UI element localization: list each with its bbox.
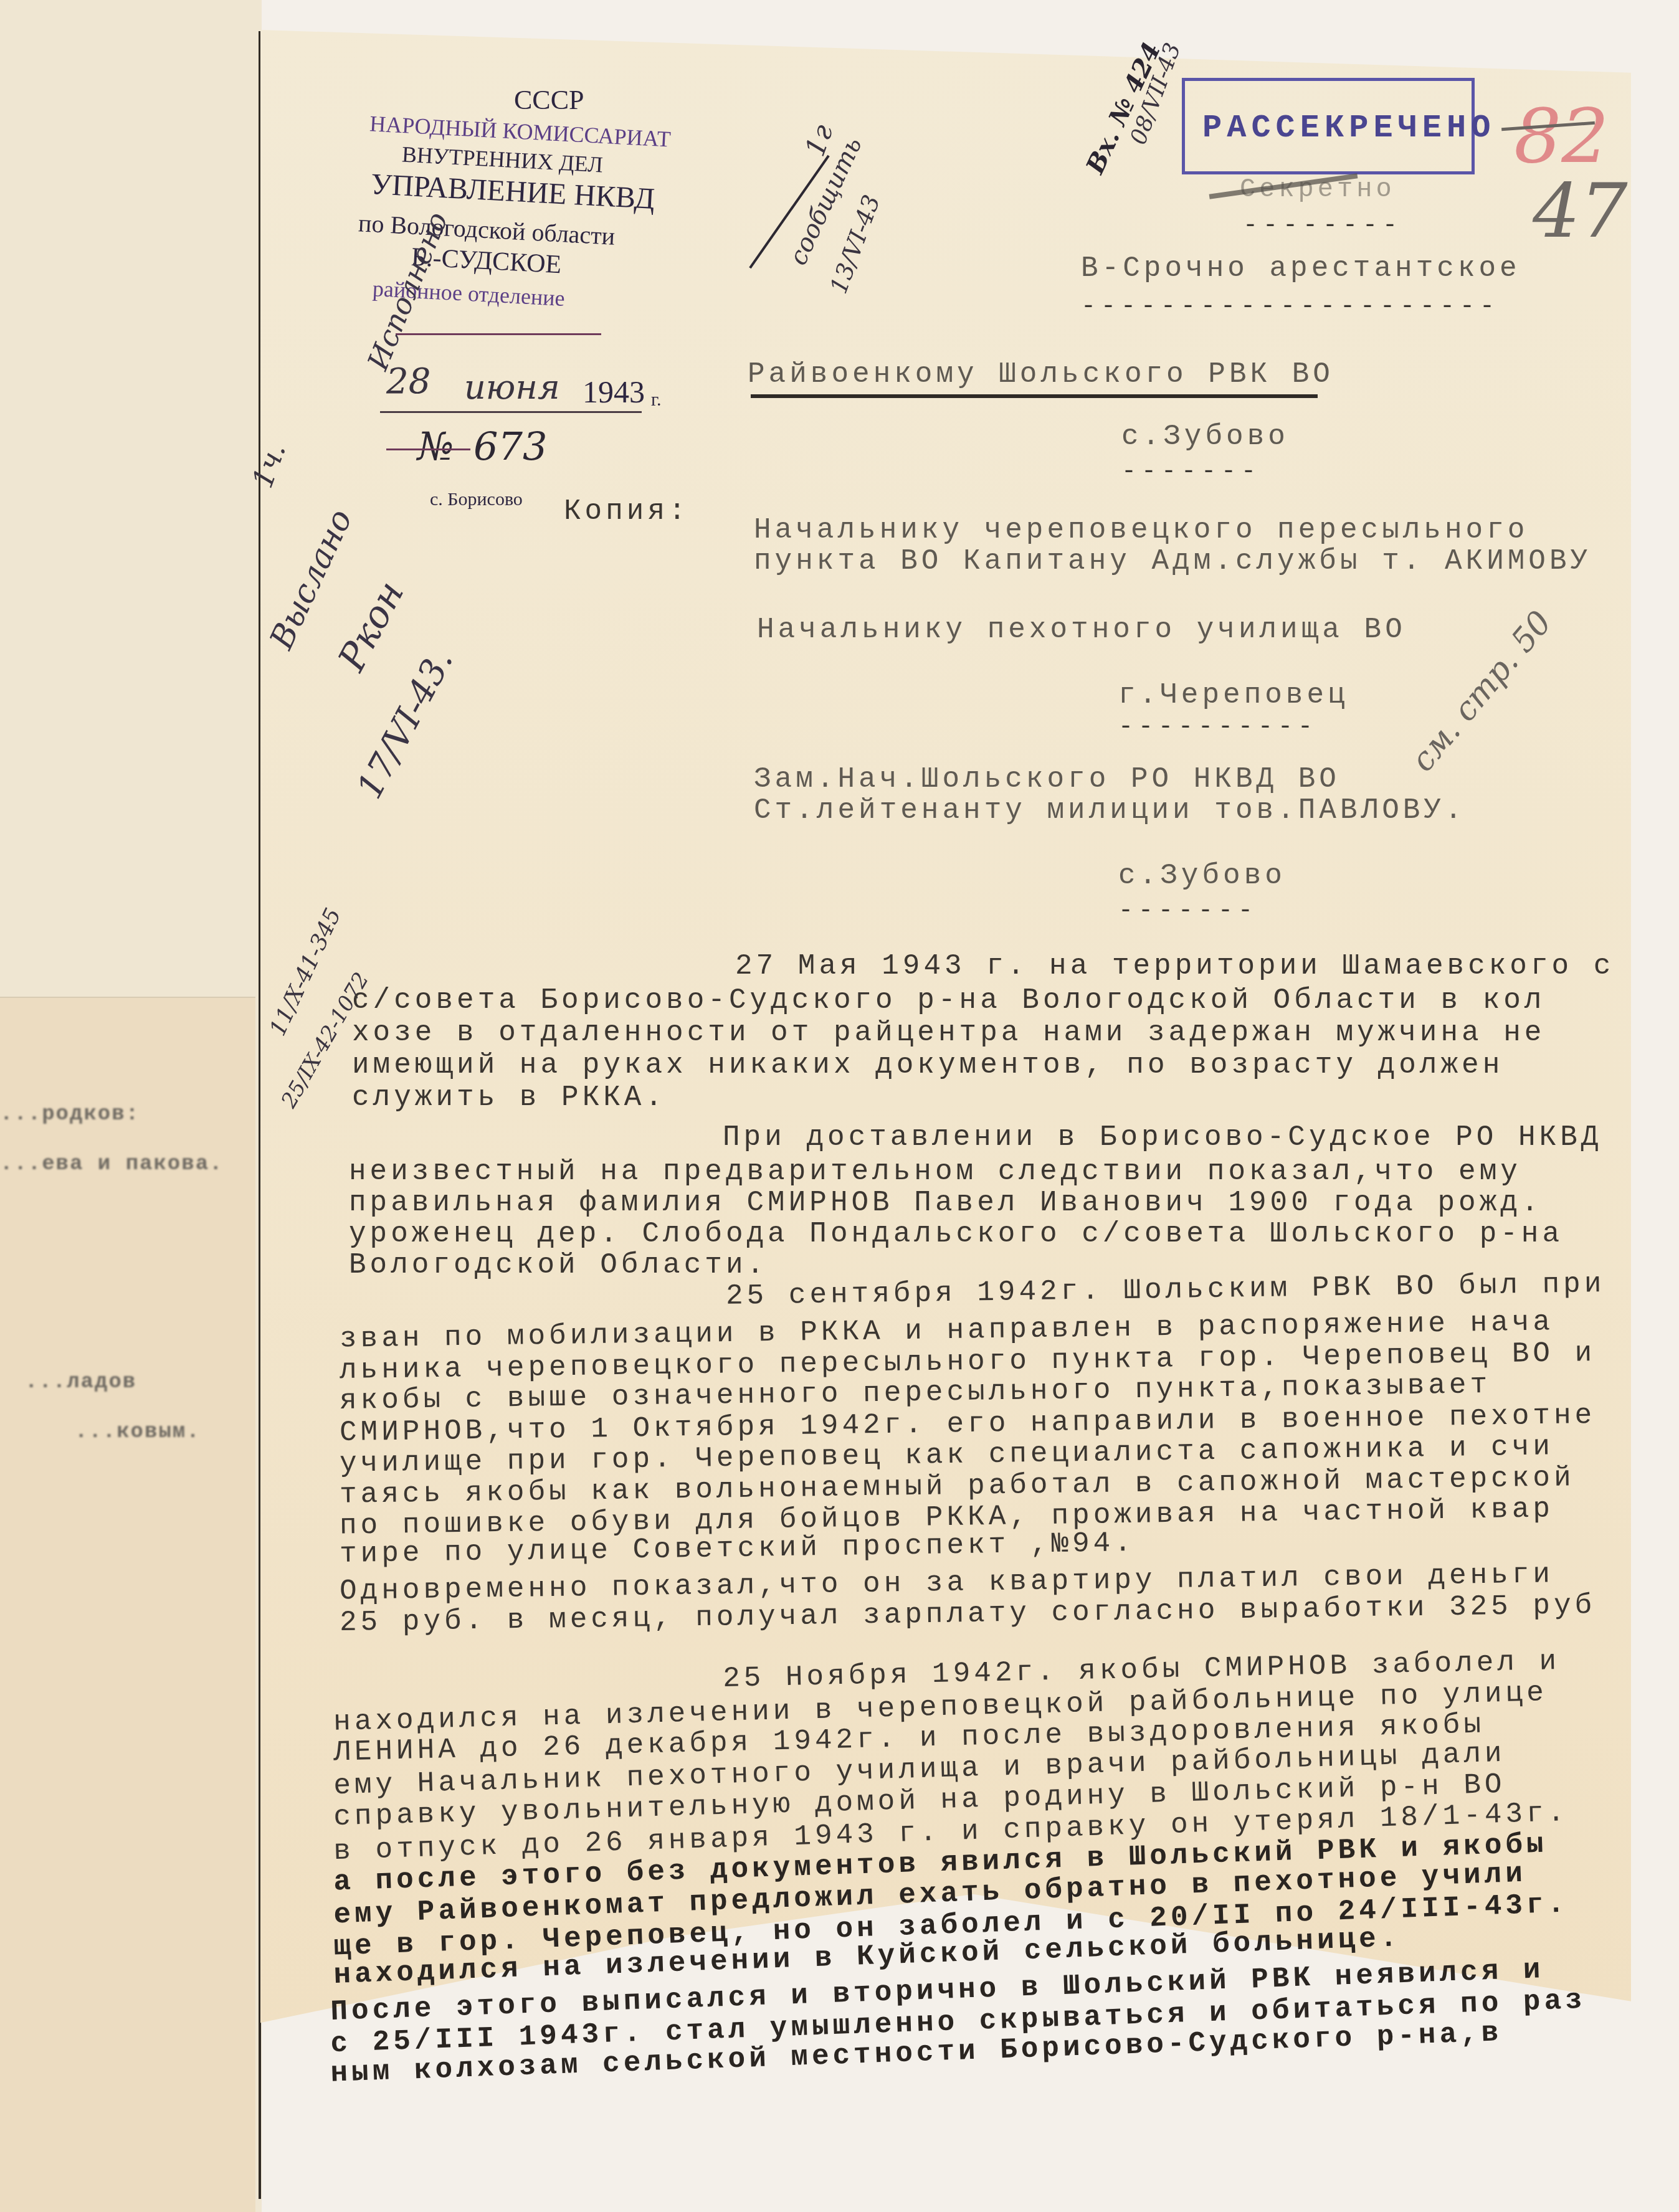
- body-line: При доставлении в Борисово-Судское РО НК…: [723, 1121, 1602, 1154]
- addressee-place: с.Зубово: [1118, 860, 1286, 892]
- body-line: уроженец дер. Слобода Пондальского с/сов…: [349, 1218, 1563, 1250]
- body-line: с/совета Борисово-Судского р-на Вологодс…: [352, 984, 1545, 1017]
- declassified-stamp: РАССЕКРЕЧЕНО: [1182, 78, 1475, 174]
- place-underline: -------: [1121, 458, 1261, 486]
- underlying-text: ...ладов: [25, 1370, 136, 1394]
- body-line: правильная фамилия СМИРНОВ Павел Иванови…: [349, 1187, 1542, 1219]
- stamp-date-underline: [380, 411, 642, 413]
- underlying-text: ...родков:: [0, 1103, 140, 1126]
- body-line: хозе в отдаленности от райцентра нами за…: [352, 1017, 1545, 1049]
- stamp-divider: [396, 333, 601, 335]
- addressee-line: Начальнику пехотного училища ВО: [757, 614, 1406, 646]
- underlying-page-lower-sheet: [0, 997, 255, 2212]
- addressee-line: Ст.лейтенанту милиции тов.ПАВЛОВУ.: [754, 794, 1466, 827]
- place-underline: -------: [1118, 897, 1258, 925]
- addressee-line: Райвоенкому Шольского РВК ВО: [748, 358, 1334, 391]
- body-line: 27 Мая 1943 г. на территории Шамаевского…: [735, 950, 1614, 982]
- stamp-number-underline: [386, 449, 470, 450]
- body-line: служить в РККА.: [352, 1081, 666, 1114]
- page-number-pencil: 47: [1533, 168, 1628, 255]
- body-line: неизвестный на предварительном следствии…: [349, 1156, 1521, 1188]
- addressee-place: г.Череповец: [1118, 679, 1349, 711]
- body-line: Вологодской Области.: [349, 1249, 768, 1281]
- copy-label: Копия:: [564, 495, 690, 528]
- underlying-text: ...ковым.: [75, 1420, 201, 1444]
- stamp-place: с. Борисово: [430, 489, 523, 510]
- stamp-number-label: №: [417, 424, 454, 469]
- stamp-country: СССР: [514, 84, 584, 116]
- addressee-line: Зам.Нач.Шольского РО НКВД ВО: [754, 763, 1340, 795]
- addressee-line: Начальнику череповецкого пересыльного: [754, 514, 1528, 546]
- urgency-underline: ---------------------: [1081, 293, 1500, 321]
- stamp-date-month: июня: [464, 368, 560, 407]
- urgency-label: В-Срочно арестантское: [1081, 252, 1521, 285]
- stamp-date-year: 1943: [583, 374, 645, 410]
- underlying-text: ...ева и пакова.: [0, 1152, 223, 1176]
- classification-underline: --------: [1243, 212, 1402, 240]
- addressee-place: с.Зубово: [1121, 420, 1289, 453]
- stamp-number-value: 673: [473, 424, 547, 469]
- declassified-stamp-label: РАССЕКРЕЧЕНО: [1202, 110, 1495, 146]
- page-number-red: 82: [1514, 93, 1609, 180]
- addressee-underline: [751, 394, 1318, 398]
- body-line: имеющий на руках никаких документов, по …: [352, 1049, 1503, 1081]
- stamp-date-suffix: г.: [651, 389, 661, 411]
- addressee-line: пункта ВО Капитану Адм.службы т. АКИМОВУ: [754, 545, 1591, 577]
- place-underline: ----------: [1118, 713, 1318, 741]
